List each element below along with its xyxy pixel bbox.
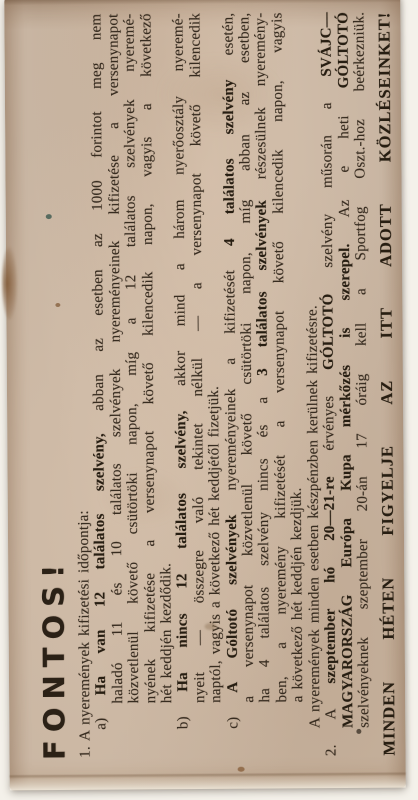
bold-text-segment: GÓLTOTÓ xyxy=(320,293,337,370)
text-segment: részesülnek nyeremény- xyxy=(253,13,270,201)
text-segment: 2. A xyxy=(323,684,340,757)
text-segment: naptól, vagyis a következő hét keddjétől… xyxy=(206,386,224,703)
rotated-text-block: FONTOS! 1. A nyeremények kifizetési időp… xyxy=(14,2,395,775)
bold-text-segment: szeptember hó 20—21-re xyxy=(322,476,339,683)
text-segment: a) xyxy=(94,695,110,729)
stain xyxy=(356,729,361,734)
bold-text-segment: Ha van 12 találatos szelvény, xyxy=(92,433,110,695)
text-segment: a következő hét keddjén kezdjük. xyxy=(289,488,306,703)
bold-text-segment: A Góltotó szelvények xyxy=(224,514,241,692)
bold-text-segment: GÓLTOTÓ xyxy=(335,12,352,89)
ticket-paper: FONTOS! 1. A nyeremények kifizetési időp… xyxy=(4,0,406,790)
paper-bottom-strip xyxy=(10,775,406,791)
stain xyxy=(205,623,217,630)
text-segment: Az e heti xyxy=(335,88,352,243)
heading: FONTOS! xyxy=(32,14,71,766)
bold-text-segment: SVÁJC— xyxy=(318,12,334,77)
bold-text-segment: 3 találatos szelvények xyxy=(254,200,271,376)
bold-text-segment: 4 találatos szelvény xyxy=(220,79,237,246)
stain xyxy=(238,767,245,772)
text-segment: hét keddjén kezdődik. xyxy=(158,563,175,703)
stain xyxy=(55,303,60,307)
stain xyxy=(46,214,52,219)
text-segment: esetén, xyxy=(220,13,236,80)
text-segment: c) xyxy=(225,693,241,729)
text-segment: szelvény műsorán a xyxy=(319,77,337,294)
text-segment: érvényes xyxy=(321,370,338,476)
bold-text-segment: Ha nincs 12 találatos szelvény, xyxy=(174,410,192,691)
text-segment: ha 4 találatos szelvény nincs és a xyxy=(255,376,273,703)
text-line: MINDEN HÉTEN FIGYELJE AZ ITT ADOTT KÖZLÉ… xyxy=(368,12,400,764)
text-body: 1. A nyeremények kifizetési időpontja:a)… xyxy=(72,12,400,766)
text-segment: 1. A nyeremények kifizetési időpontja: xyxy=(76,510,94,758)
bold-text-segment: MINDEN HÉTEN FIGYELJE AZ ITT ADOTT KÖZLÉ… xyxy=(375,12,399,756)
text-segment: nyereményeinek a kifizetését xyxy=(222,246,240,515)
text-segment: b) xyxy=(176,692,192,730)
scan-page: FONTOS! 1. A nyeremények kifizetési időp… xyxy=(0,0,418,800)
